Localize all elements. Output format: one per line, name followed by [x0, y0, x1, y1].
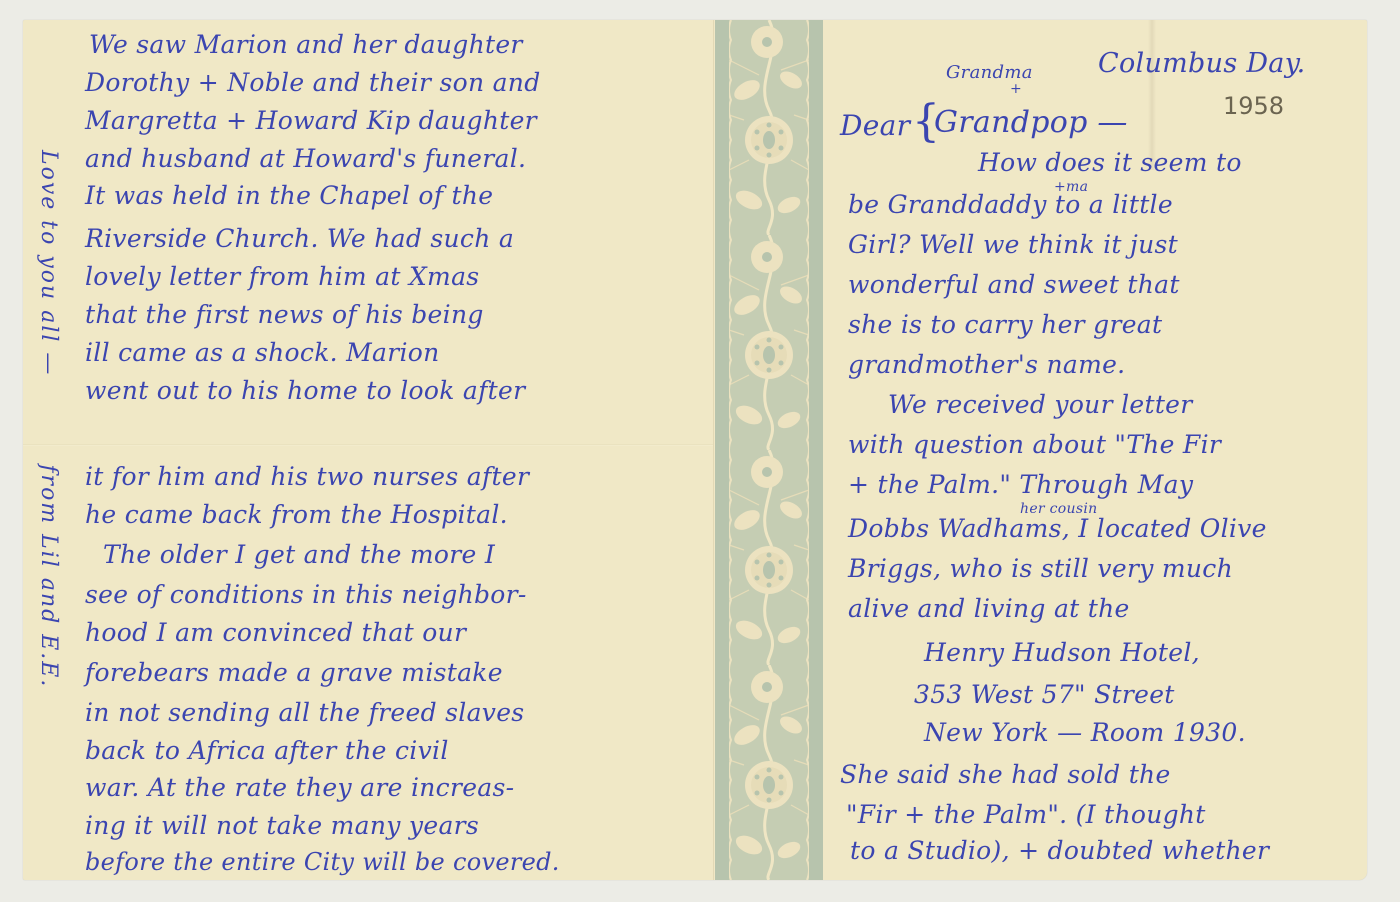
left-line-6: Riverside Church. We had such a	[85, 226, 514, 251]
left-line-21: before the entire City will be covered.	[85, 850, 560, 874]
lace-border	[715, 20, 823, 880]
year-pencil: 1958	[1223, 92, 1284, 120]
letter-sheet: We saw Marion and her daughter Dorothy +…	[23, 20, 1367, 880]
margin-note: Love to you all — from Lil and E.E.	[36, 150, 61, 688]
right-line-12: alive and living at the	[848, 596, 1130, 621]
left-line-11: it for him and his two nurses after	[85, 464, 529, 489]
right-line-8: with question about "The Fir	[848, 432, 1221, 457]
left-line-5: It was held in the Chapel of the	[85, 183, 493, 208]
left-line-20: ing it will not take many years	[85, 813, 479, 838]
right-line-6: grandmother's name.	[848, 352, 1125, 377]
left-line-3: Margretta + Howard Kip daughter	[85, 108, 537, 133]
left-line-8: that the first news of his being	[85, 302, 484, 327]
right-line-15: New York — Room 1930.	[924, 720, 1246, 745]
left-line-2: Dorothy + Noble and their son and	[85, 70, 541, 95]
lace-pattern-icon	[729, 20, 809, 880]
date-line: Columbus Day.	[1098, 50, 1306, 77]
left-line-17: in not sending all the freed slaves	[85, 700, 524, 725]
right-line-11: Briggs, who is still very much	[848, 556, 1233, 581]
left-line-19: war. At the rate they are increas-	[85, 775, 514, 800]
left-line-18: back to Africa after the civil	[85, 738, 449, 763]
left-page: We saw Marion and her daughter Dorothy +…	[23, 20, 713, 880]
right-line-5: she is to carry her great	[848, 312, 1162, 337]
center-fold	[713, 20, 714, 880]
salutation-dear: Dear	[840, 112, 910, 140]
left-line-4: and husband at Howard's funeral.	[85, 146, 526, 171]
left-line-16: forebears made a grave mistake	[85, 660, 503, 685]
right-line-16: She said she had sold the	[840, 762, 1171, 787]
right-page: Grandma + Columbus Day. 1958 Dear { Gran…	[828, 20, 1367, 880]
left-line-9: ill came as a shock. Marion	[85, 340, 440, 365]
right-line-2: be Granddaddy to a little	[848, 192, 1173, 217]
right-line-17: "Fir + the Palm". (I thought	[846, 802, 1206, 827]
addressee-grandma: Grandma	[946, 64, 1033, 82]
addressee-plus: +	[1010, 82, 1022, 96]
left-line-7: lovely letter from him at Xmas	[85, 264, 479, 289]
addressee-grandpop: Grandpop —	[934, 108, 1128, 138]
left-line-15: hood I am convinced that our	[85, 620, 466, 645]
right-line-10: Dobbs Wadhams, I located Olive	[848, 516, 1267, 541]
right-line-1: How does it seem to	[978, 150, 1242, 175]
left-line-1: We saw Marion and her daughter	[89, 32, 523, 57]
left-line-12: he came back from the Hospital.	[85, 502, 508, 527]
right-line-3: Girl? Well we think it just	[848, 232, 1178, 257]
right-line-14: 353 West 57" Street	[914, 682, 1175, 707]
left-line-10: went out to his home to look after	[85, 378, 525, 403]
left-line-14: see of conditions in this neighbor-	[85, 582, 527, 607]
fold-crease	[23, 444, 713, 446]
right-line-13: Henry Hudson Hotel,	[924, 640, 1200, 665]
left-line-13: The older I get and the more I	[103, 542, 495, 567]
right-line-18: to a Studio), + doubted whether	[850, 838, 1269, 863]
right-line-9: + the Palm." Through May	[848, 472, 1193, 497]
right-line-7: We received your letter	[888, 392, 1193, 417]
margin-note-part2: from Lil and E.E.	[36, 464, 61, 688]
right-line-4: wonderful and sweet that	[848, 272, 1180, 297]
margin-note-part1: Love to you all —	[36, 150, 61, 376]
